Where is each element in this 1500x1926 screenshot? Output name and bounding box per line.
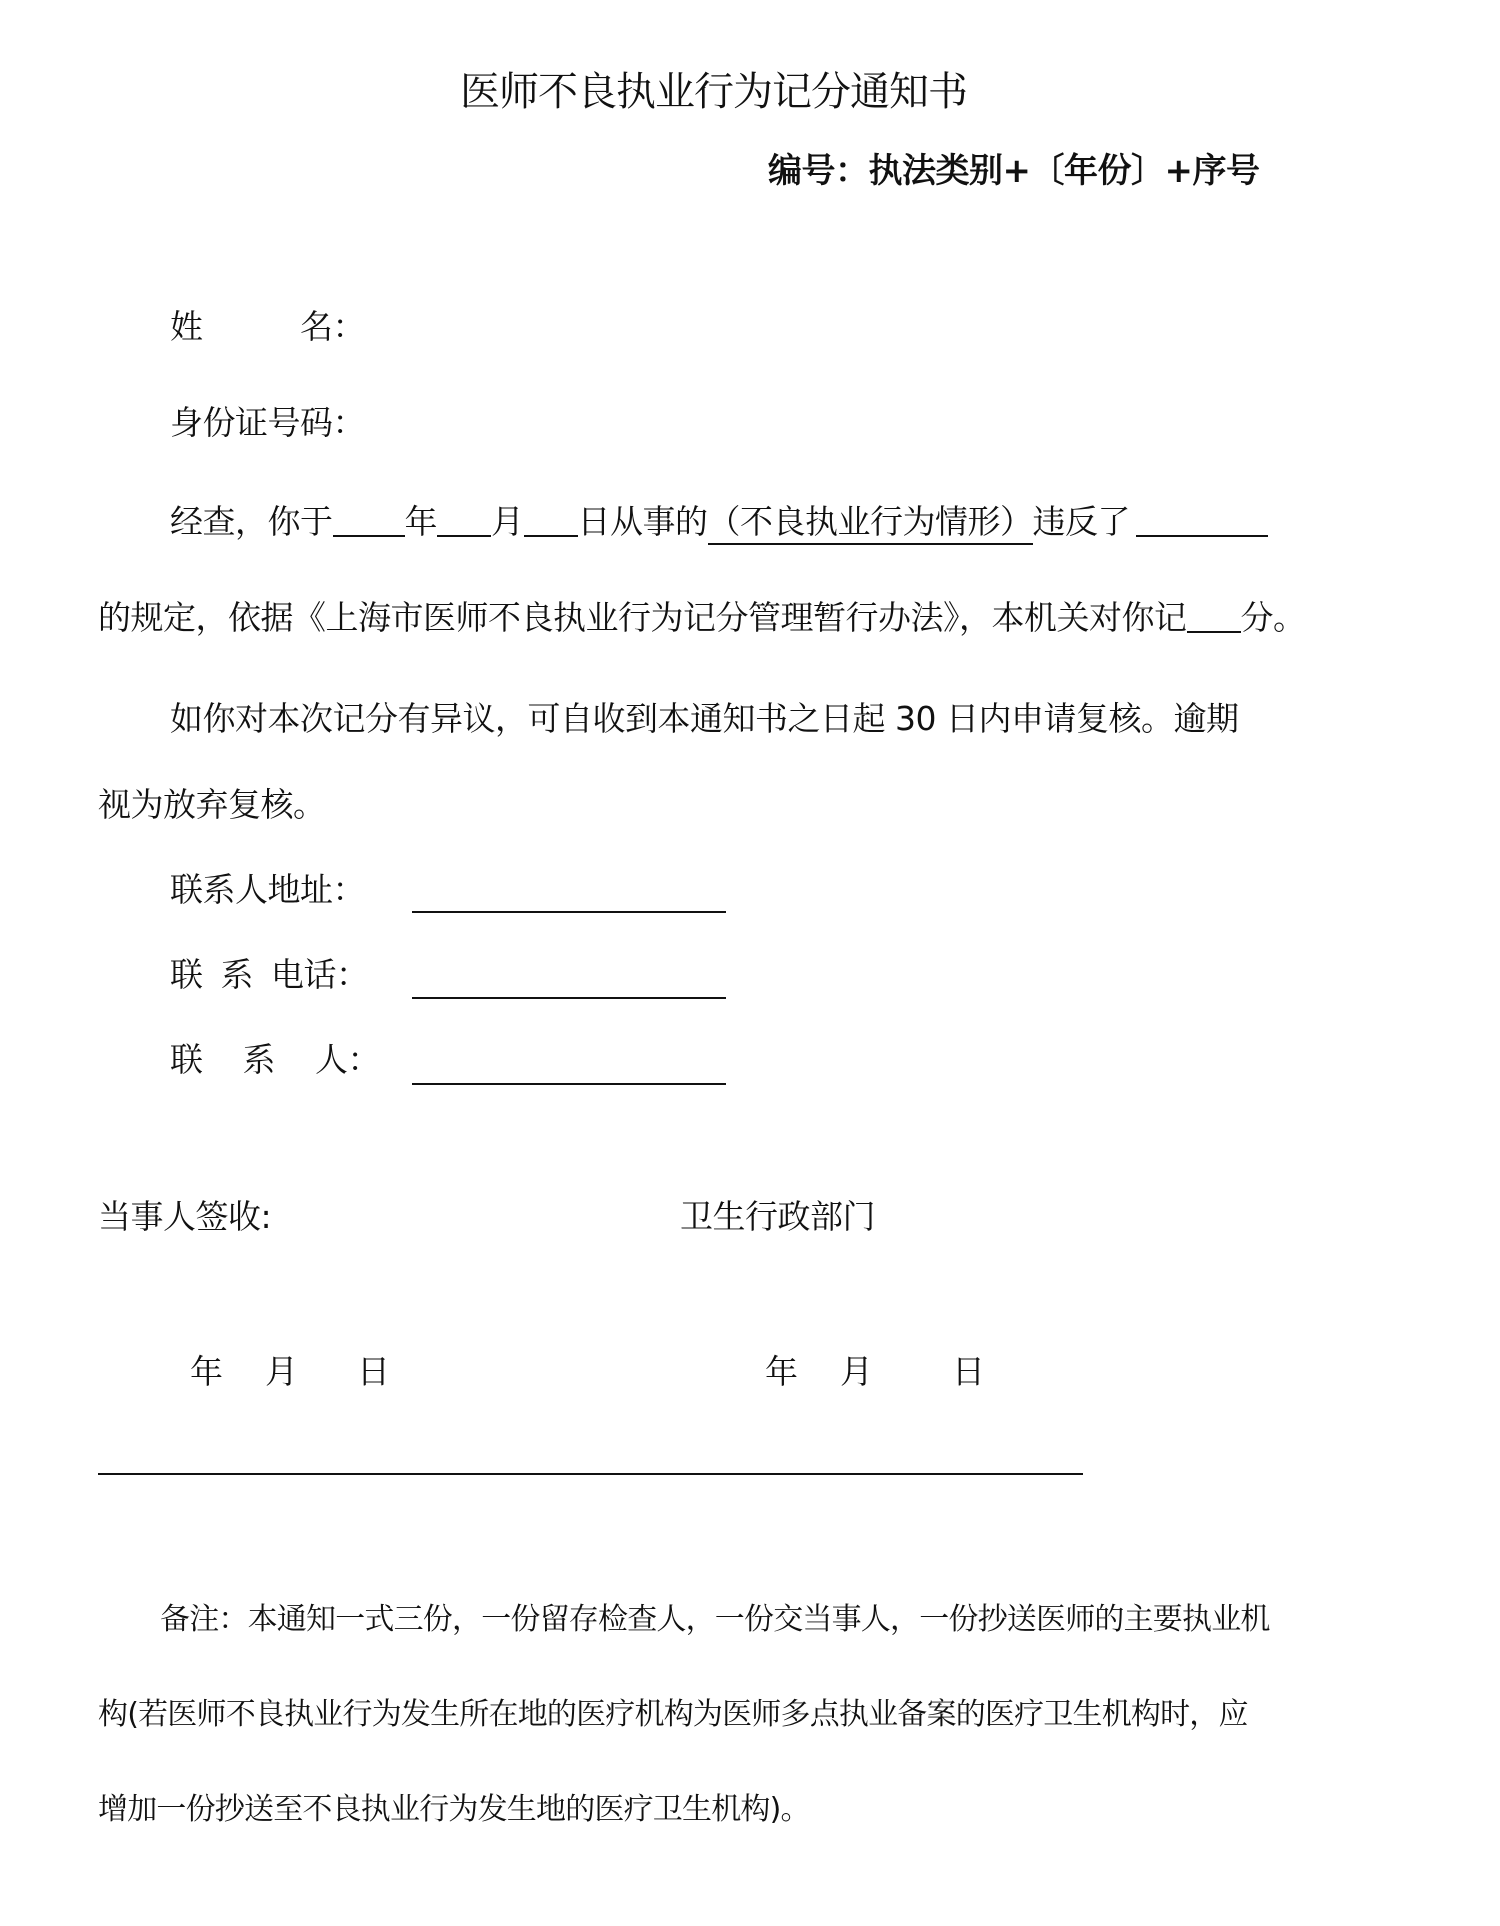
year-label: 年 <box>405 502 438 541</box>
regulation-basis-text: 的规定，依据《上海市医师不良执业行为记分管理暂行办法》，本机关对你记 <box>98 598 1187 637</box>
note-line2: 构(若医师不良执业行为发生所在地的医疗机构为医师多点执业备案的医疗卫生机构时，应 <box>98 1700 1248 1730</box>
appeal-text-line2: 视为放弃复核。 <box>98 788 326 821</box>
contact-address-label: 联系人地址： <box>170 873 365 906</box>
party-date-month: 月 <box>265 1355 298 1388</box>
party-signature-label: 当事人签收: <box>98 1200 271 1233</box>
department-label: 卫生行政部门 <box>680 1200 875 1233</box>
contact-address-field[interactable] <box>412 911 726 913</box>
document-title: 医师不良执业行为记分通知书 <box>460 72 967 112</box>
paragraph-violation-line2: 的规定，依据《上海市医师不良执业行为记分管理暂行办法》，本机关对你记分。 <box>98 598 1306 634</box>
name-label-second: 名： <box>300 310 365 343</box>
year-blank[interactable] <box>333 502 405 537</box>
points-blank[interactable] <box>1187 598 1241 633</box>
paragraph-violation-line1: 经查，你于年月日从事的（不良执业行为情形）违反了 <box>170 502 1268 538</box>
behavior-placeholder[interactable]: （不良执业行为情形） <box>708 502 1033 545</box>
appeal-text-line1: 如你对本次记分有异议，可自收到本通知书之日起 30 日内申请复核。逾期 <box>170 702 1238 735</box>
day-label: 日从事的 <box>578 502 708 541</box>
regulation-blank[interactable] <box>1136 502 1268 537</box>
party-date-year: 年 <box>190 1355 223 1388</box>
name-label-first: 姓 <box>170 310 203 343</box>
contact-person-label: 联 系 人： <box>170 1043 380 1076</box>
party-date-day: 日 <box>357 1355 390 1388</box>
dept-date-year: 年 <box>765 1355 798 1388</box>
document-number-label: 编号：执法类别+〔年份〕+序号 <box>768 154 1259 188</box>
dept-date-month: 月 <box>840 1355 873 1388</box>
contact-phone-field[interactable] <box>412 997 726 999</box>
violation-intro: 经查，你于 <box>170 502 333 541</box>
contact-person-field[interactable] <box>412 1083 726 1085</box>
separator-line <box>98 1473 1083 1475</box>
name-field[interactable] <box>400 310 1000 346</box>
contact-phone-label: 联 系 电话： <box>170 958 368 991</box>
id-number-label: 身份证号码： <box>170 406 365 439</box>
note-line3: 增加一份抄送至不良执业行为发生地的医疗卫生机构)。 <box>98 1795 810 1825</box>
month-label: 月 <box>491 502 524 541</box>
dept-date-day: 日 <box>952 1355 985 1388</box>
id-number-field[interactable] <box>400 406 1000 442</box>
note-line1: 备注：本通知一式三份，一份留存检查人，一份交当事人，一份抄送医师的主要执业机 <box>160 1605 1270 1635</box>
day-blank[interactable] <box>524 502 578 537</box>
points-unit: 分。 <box>1241 598 1306 637</box>
month-blank[interactable] <box>437 502 491 537</box>
violated-label: 违反了 <box>1033 502 1131 541</box>
